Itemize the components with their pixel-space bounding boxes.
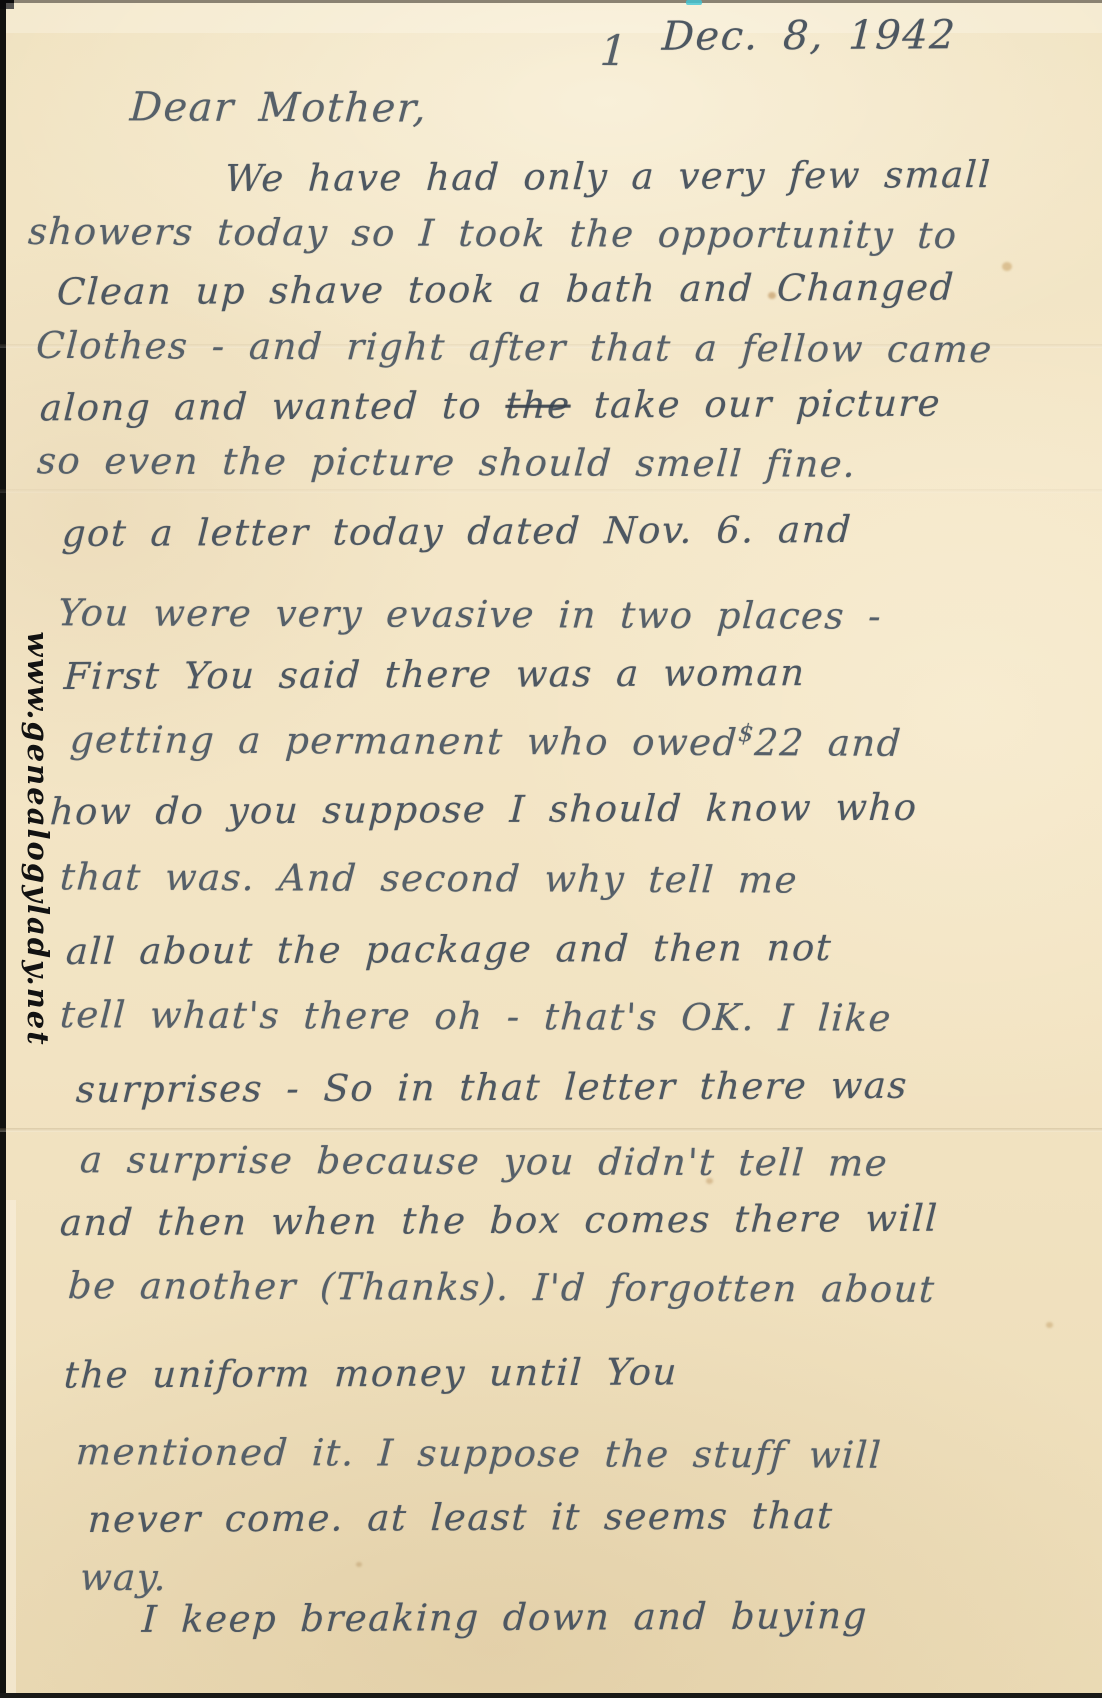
letter-line: Clothes - and right after that a fellow … [35,324,994,373]
letter-line-text: tell what's there oh - that's OK. I like [59,993,893,1040]
fold-crease [0,1128,1102,1132]
letter-line: that was. And second why tell me [59,855,799,903]
letter-line-text: showers today so I took the opportunity … [27,210,959,257]
letter-line: be another (Thanks). I'd forgotten about [67,1264,937,1312]
letter-line-text: I keep breaking down and buying [141,1594,869,1641]
letter-line-text: First You said there was a woman [63,651,807,698]
watermark-url: www.genealogylady.net [21,619,55,1059]
letter-line-text: You were very evasive in two places - [57,591,884,638]
letter-line-text: along and wanted to [39,384,507,429]
superscript-dollar-sign: $ [738,719,756,747]
letter-line: how do you suppose I should know who [49,786,919,835]
letter-line-text: never come. at least it seems that [87,1494,835,1541]
letter-line-text: so even the picture should smell fine. [36,439,858,486]
letter-line: along and wanted to the take our picture [39,382,942,431]
scan-edge-left-inner [6,1200,16,1698]
letter-line: never come. at least it seems that [87,1494,835,1542]
letter-line: Clean up shave took a bath and Changed [56,266,956,315]
letter-line-text: the uniform money until You [63,1350,679,1396]
age-spot [1002,262,1012,271]
letter-line-text: We have had only a very few small [224,153,993,200]
letter-line: I keep breaking down and buying [141,1594,869,1642]
page-number: 1 [599,26,630,77]
letter-line: all about the package and then not [65,926,833,974]
letter-line-text: how do you suppose I should know who [49,786,919,834]
age-spot [1046,1322,1053,1328]
letter-line-text: a surprise because you didn't tell me [79,1138,890,1185]
scan-color-artifact [686,0,702,5]
letter-line-text: Clean up shave took a bath and Changed [56,266,956,314]
letter-line: a surprise because you didn't tell me [79,1138,890,1186]
letter-line-text: way. [79,1556,169,1599]
strikethrough-word: the [504,384,571,427]
letter-line: tell what's there oh - that's OK. I like [59,993,893,1041]
letter-line-text: mentioned it. I suppose the stuff will [75,1430,883,1477]
age-spot [356,1562,362,1567]
letter-line-text: that was. And second why tell me [59,855,799,901]
letter-line: surprises - So in that letter there was [75,1064,909,1113]
letter-line: We have had only a very few small [224,153,993,201]
letter-line: getting a permanent who owed$22 and [69,716,904,766]
letter-date: Dec. 8, 1942 [661,11,958,61]
letter-line: way. [79,1556,169,1601]
letter-line: so even the picture should smell fine. [36,439,858,487]
letter-line-text: getting a permanent who owed [69,718,739,764]
fold-crease [0,489,1102,493]
letter-line: First You said there was a woman [63,651,807,699]
salutation: Dear Mother, [129,83,429,132]
letter-line: You were very evasive in two places - [57,591,884,639]
letter-line: and then when the box comes there will [59,1197,940,1246]
letter-line-text: Clothes - and right after that a fellow … [35,324,994,371]
letter-line: showers today so I took the opportunity … [27,210,959,258]
scan-edge-bottom [0,1693,1102,1698]
letter-line-text: 22 and [753,721,903,765]
letter-line-text: surprises - So in that letter there was [75,1064,909,1111]
letter-line-text: got a letter today dated Nov. 6. and [61,508,853,555]
letter-line-text: and then when the box comes there will [59,1197,940,1245]
letter-line-text: take our picture [570,382,942,427]
letter-line: got a letter today dated Nov. 6. and [61,508,853,557]
letter-line: mentioned it. I suppose the stuff will [75,1430,883,1478]
letter-line: the uniform money until You [63,1350,679,1398]
letter-line-text: all about the package and then not [65,926,833,973]
letter-scan-page: www.genealogylady.net 1 Dec. 8, 1942 Dea… [0,0,1102,1698]
letter-line-text: be another (Thanks). I'd forgotten about [67,1264,937,1311]
